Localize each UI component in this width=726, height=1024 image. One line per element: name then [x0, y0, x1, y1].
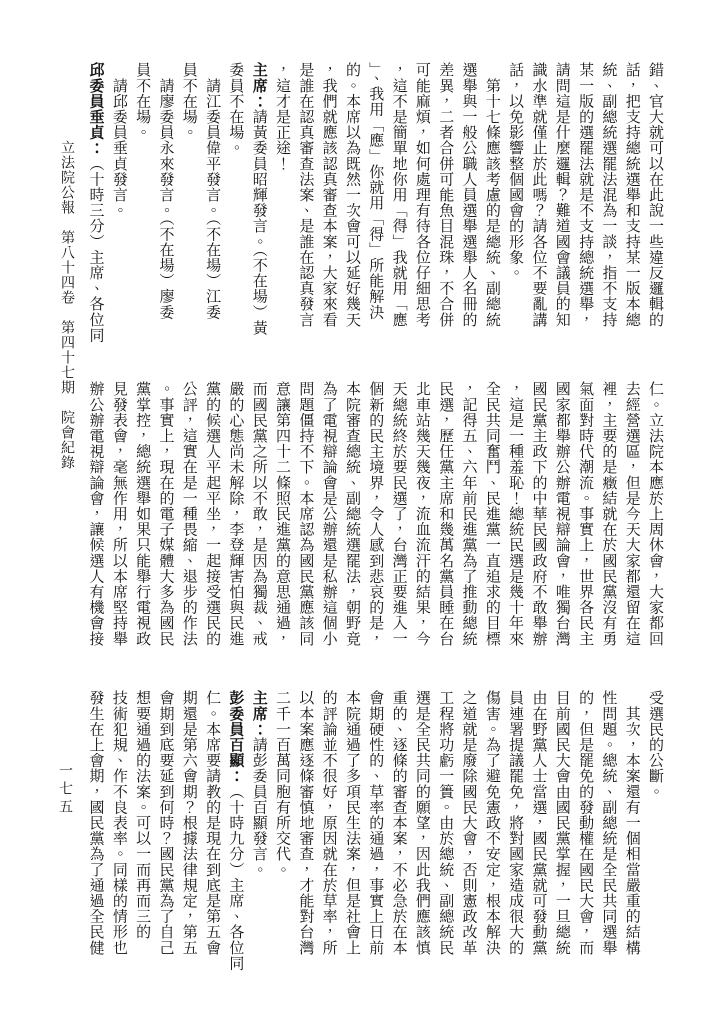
- speaker-name: 主席：: [251, 62, 267, 109]
- text-column: 之道就是廢除國民大會，否則憲政改革: [456, 690, 479, 978]
- text-column: 員不在場。: [176, 62, 199, 350]
- text-column: 傷害。為了避免憲政不安定，根本解決: [480, 690, 503, 978]
- text-column: 第十七條應該考慮的是總統、副總統: [480, 62, 503, 350]
- text-column: 想要通過的法案。可以一而再而三的: [130, 690, 153, 978]
- text-column: 主席：請彭委員百顯發言。: [246, 690, 269, 978]
- text-column: 發生在上會期，國民黨為了通過全民健: [83, 690, 106, 978]
- text-column: 重的、逐條的審查本案，不必急於在本: [386, 690, 409, 978]
- text-band-top: 錯、官大就可以在此說一些違反邏輯的話，把支持總統選舉和支持某一版本總統、副總統選…: [83, 62, 666, 350]
- text-band-middle: 仁。立法院本應於上周休會，大家都回去經營選區，但是今天大家都還留在這裡，主要的是…: [83, 381, 666, 669]
- text-column: 識水準就僅止於此嗎？請各位不要亂講: [526, 62, 549, 350]
- text-column: 差異，二者合併可能魚目混珠，不合併: [433, 62, 456, 350]
- text-column: ，這不是簡單地你用「得」我就用「應: [386, 62, 409, 350]
- text-column: ，這才是正途！: [270, 62, 293, 350]
- text-column: ，我們就應該認真審查本案，大家來看: [316, 62, 339, 350]
- text-column: 員連署提議罷免，將對國家造成很大的: [503, 690, 526, 978]
- text-column: 選舉與一般公職人員選舉選舉人名冊的: [456, 62, 479, 350]
- text-column: 會期到底要延到何時？國民黨為了自己: [153, 690, 176, 978]
- text-column: 仁。本席要請教的是現在到底是第五會: [200, 690, 223, 978]
- text-column: ，這是一種羞恥！總統民選是幾十年來: [503, 381, 526, 669]
- text-column: 的。本席以為既然一次會可以延好幾天: [340, 62, 363, 350]
- speaker-name: 邱委員垂貞：: [88, 62, 104, 156]
- text-column: 的，但是罷免的發動權在國民大會，而: [573, 690, 596, 978]
- text-column: 技術犯規、作不良表率。同樣的情形也: [107, 690, 130, 978]
- text-column: 黨掌控，總統選舉如果只能舉行電視政: [130, 381, 153, 669]
- text-column: 民選，歷任黨主席和幾萬名黨員睡在台: [433, 381, 456, 669]
- text-column: 。事實上，現在的電子媒體大多為國民: [153, 381, 176, 669]
- text-band-bottom: 受選民的公斷。 其次，本案還有一個相當嚴重的結構性問題。總統、副總統是全民共同選…: [83, 690, 666, 978]
- text-column: 北車站幾天幾夜，流血流汗的結果，今: [410, 381, 433, 669]
- text-column: 」、我用「應」你就用「得」所能解決: [363, 62, 386, 350]
- text-column: 意讓第四十二條照民進黨的意思通過，: [270, 381, 293, 669]
- text-column: 氣面對時代潮流。事實上，世界各民主: [573, 381, 596, 669]
- text-column: 性問題。總統、副總統是全民共同選舉: [596, 690, 619, 978]
- text-column: 辦公辦電視辯論會，讓候選人有機會接: [83, 381, 106, 669]
- gazette-page: 立法院公報 第八十四卷 第四十七期 院會紀錄 一七五 錯、官大就可以在此說一些違…: [0, 0, 726, 1024]
- text-column: 邱委員垂貞：（十時三分）主席、各位同: [83, 62, 106, 350]
- text-column: 請邱委員垂貞發言。: [107, 62, 130, 350]
- text-column: 某一版的選罷法就是不支持總統選舉，: [573, 62, 596, 350]
- text-column: 而國民黨之所以不敢，是因為獨裁、戒: [246, 381, 269, 669]
- gazette-volume-header: 立法院公報 第八十四卷 第四十七期 院會紀錄: [55, 140, 77, 500]
- text-column: 本院通過了多項民生法案，但是社會上: [340, 690, 363, 978]
- text-column: 工程將功虧一簣。由於總統、副總統民: [433, 690, 456, 978]
- text-column: 黨的候選人平起平坐，一起接受選民的: [200, 381, 223, 669]
- text-column: 話，把支持總統選舉和支持某一版本總: [619, 62, 642, 350]
- text-column: 期還是第六會期？根據法律規定，第五: [176, 690, 199, 978]
- text-column: 會期硬性的、草率的通過，事實上日前: [363, 690, 386, 978]
- text-column: 本院審查總統、副總統選罷法，朝野竟: [340, 381, 363, 669]
- text-column: 請問這是什麼邏輯？難道國會議員的知: [549, 62, 572, 350]
- text-column: 由在野黨人士當選，國民黨就可發動黨: [526, 690, 549, 978]
- text-column: 目前國民大會由國民黨掌握，一旦總統: [549, 690, 572, 978]
- text-column: 是誰在認真審查法案、是誰在認真發言: [293, 62, 316, 350]
- text-column: 主席：請黃委員昭輝發言。（不在場）黃: [246, 62, 269, 350]
- speaker-name: 主席：: [251, 690, 267, 737]
- text-column: 嚴的心態尚未解除，李登輝害怕與民進: [223, 381, 246, 669]
- text-column: 員不在場。: [130, 62, 153, 350]
- text-column: 的評論並不很好，原因就在於草率，所: [316, 690, 339, 978]
- text-column: 請江委員偉平發言。（不在場）江委: [200, 62, 223, 350]
- text-column: 錯、官大就可以在此說一些違反邏輯的: [643, 62, 666, 350]
- text-column: 全民共同奮鬥、民進黨一直追求的目標: [480, 381, 503, 669]
- text-column: 仁。立法院本應於上周休會，大家都回: [643, 381, 666, 669]
- text-column: 天總統終於要民選了，台灣正要進入一: [386, 381, 409, 669]
- text-column: 為了電視辯論會是公辦還是私辦這個小: [316, 381, 339, 669]
- text-column: 國民黨主政下的中華民國政府不敢舉辦: [526, 381, 549, 669]
- text-column: 受選民的公斷。: [643, 690, 666, 978]
- text-column: 以本案應逐條審慎地審查，才能對台灣: [293, 690, 316, 978]
- text-column: 裡，主要的是癥結就在於國民黨沒有勇: [596, 381, 619, 669]
- text-column: ，記得五、六年前民進黨為了推動總統: [456, 381, 479, 669]
- text-column: 二千一百萬同胞有所交代。: [270, 690, 293, 978]
- text-column: 委員不在場。: [223, 62, 246, 350]
- text-column: 個新的民主境界，令人感到悲哀的是，: [363, 381, 386, 669]
- text-column: 請廖委員永來發言。（不在場）廖委: [153, 62, 176, 350]
- text-column: 國家都舉辦公辦電視辯論會，唯獨台灣: [549, 381, 572, 669]
- text-column: 其次，本案還有一個相當嚴重的結構: [619, 690, 642, 978]
- speaker-name: 彭委員百顯：: [227, 690, 243, 784]
- text-column: 去經營選區，但是今天大家都還留在這: [619, 381, 642, 669]
- text-column: 彭委員百顯：（十時九分）主席、各位同: [223, 690, 246, 978]
- text-column: 選是全民共同的願望，因此我們應該慎: [410, 690, 433, 978]
- text-column: 可能麻煩，如何處理有待各位仔細思考: [410, 62, 433, 350]
- text-column: 公評，這實在是一種畏縮、退步的作法: [176, 381, 199, 669]
- text-column: 問題僵持不下。本席認為國民黨應該同: [293, 381, 316, 669]
- text-column: 統、副總統選罷法混為一談，指不支持: [596, 62, 619, 350]
- page-number: 一七五: [53, 763, 75, 817]
- text-column: 見發表會，毫無作用，所以本席堅持舉: [107, 381, 130, 669]
- text-column: 話，以免影響整個國會的形象。: [503, 62, 526, 350]
